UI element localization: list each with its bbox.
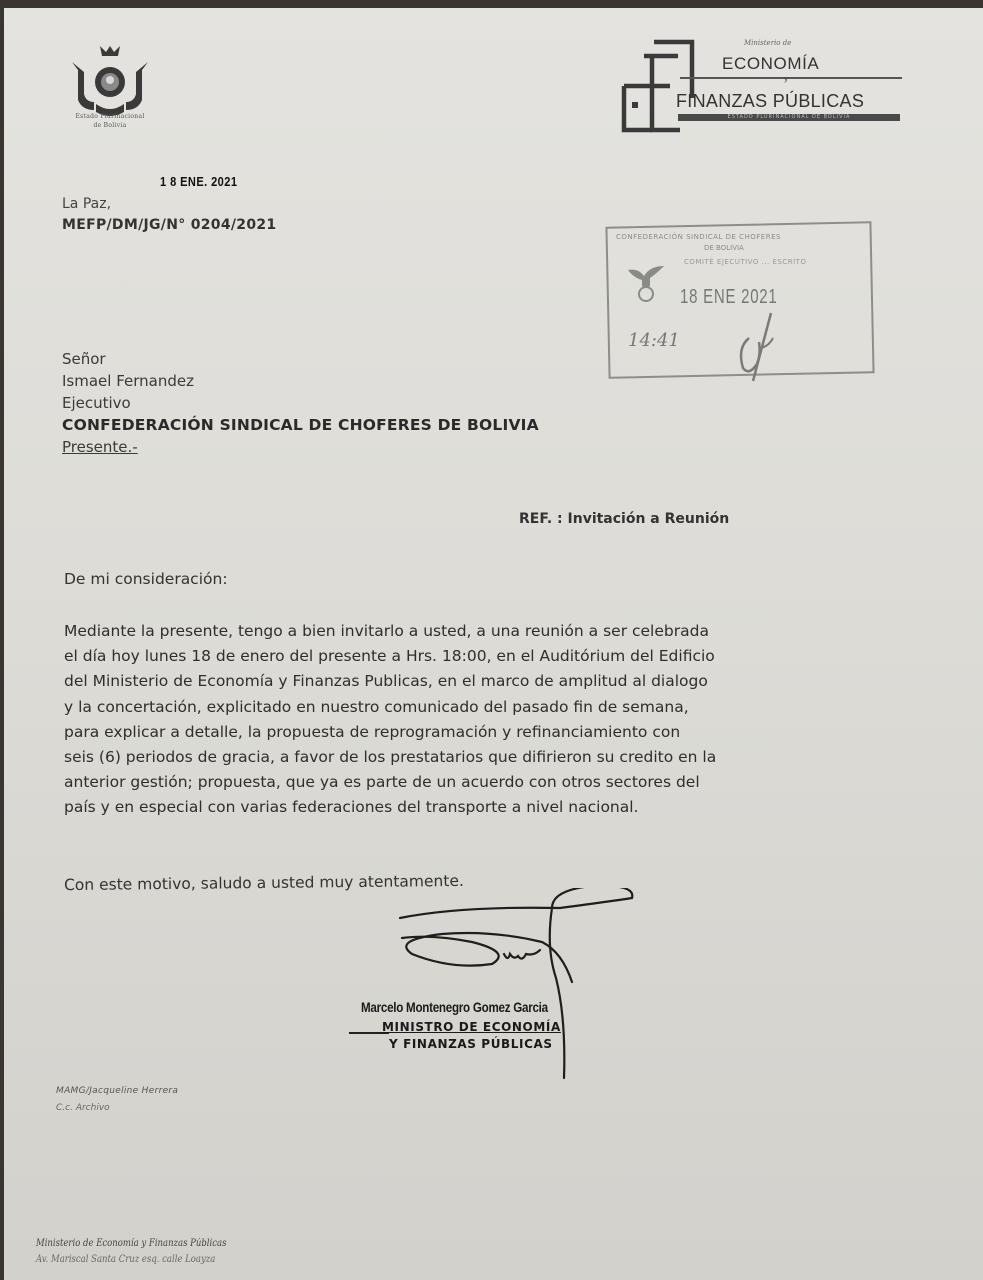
letter-body: Mediante la presente, tengo a bien invit… [64,619,854,821]
date-stamp: 1 8 ENE. 2021 [160,174,237,189]
addressee-position: Ejecutivo [62,392,539,414]
addressee-salutation: Señor [62,348,539,370]
body-line: el día hoy lunes 18 de enero del present… [64,644,854,669]
received-stamp-date: 18 ENE 2021 [680,286,777,309]
received-initials-icon [731,308,791,383]
signatory-title-line2: Y FINANZAS PÚBLICAS [389,1037,553,1051]
ministry-logo-icon [620,38,910,138]
signatory-title: MINISTRO DE ECONOMÍA [382,1020,561,1034]
letter-page: Estado Plurinacional de Bolivia Minister… [4,8,983,1280]
condor-emblem-icon [626,262,666,307]
handwritten-signature-icon [394,888,644,1088]
greeting: De mi consideración: [64,570,228,588]
body-line: país y en especial con varias federacion… [64,795,854,820]
reference-number: MEFP/DM/JG/N° 0204/2021 [62,217,276,233]
footer-ministry-name: Ministerio de Economía y Finanzas Públic… [36,1238,226,1249]
received-stamp-time: 14:41 [628,330,680,351]
typist-initials: MAMG/Jacqueline Herrera [56,1086,178,1096]
ministry-logo-rule [680,77,902,79]
body-line: del Ministerio de Economía y Finanzas Pu… [64,669,854,694]
received-stamp-org-line3: COMITÉ EJECUTIVO ... ESCRITO [684,258,806,266]
body-line: y la concertación, explicitado en nuestr… [64,695,854,720]
body-line: Mediante la presente, tengo a bien invit… [64,619,854,644]
addressee-presente: Presente.- [62,436,539,458]
ministry-logo-finanzas: FINANZAS PÚBLICAS [676,91,864,112]
ministry-logo-prefix: Ministerio de [744,39,791,47]
subject-reference: REF. : Invitación a Reunión [519,511,729,527]
carbon-copy: C.c. Archivo [56,1103,110,1113]
city: La Paz, [62,196,111,212]
addressee-block: Señor Ismael Fernandez Ejecutivo CONFEDE… [62,348,539,458]
body-line: anterior gestión; propuesta, que ya es p… [64,770,854,795]
footer-address: Av. Mariscal Santa Cruz esq. calle Loayz… [36,1254,215,1265]
addressee-name: Ismael Fernandez [62,370,539,392]
received-stamp-org-line2: DE BOLIVIA [704,244,744,252]
ministry-logo-economia: ECONOMÍA [722,54,819,74]
ministry-logo-connector: y [784,75,788,83]
body-line: seis (6) periodos de gracia, a favor de … [64,745,854,770]
ministry-logo-band: ESTADO PLURINACIONAL DE BOLIVIA [678,114,900,121]
received-stamp-org: CONFEDERACIÓN SINDICAL DE CHOFERES [616,233,856,241]
signatory-name: Marcelo Montenegro Gomez Garcia [361,1000,548,1015]
coat-of-arms-caption: Estado Plurinacional de Bolivia [62,112,158,130]
body-line: para explicar a detalle, la propuesta de… [64,720,854,745]
addressee-organization: CONFEDERACIÓN SINDICAL DE CHOFERES DE BO… [62,414,539,436]
